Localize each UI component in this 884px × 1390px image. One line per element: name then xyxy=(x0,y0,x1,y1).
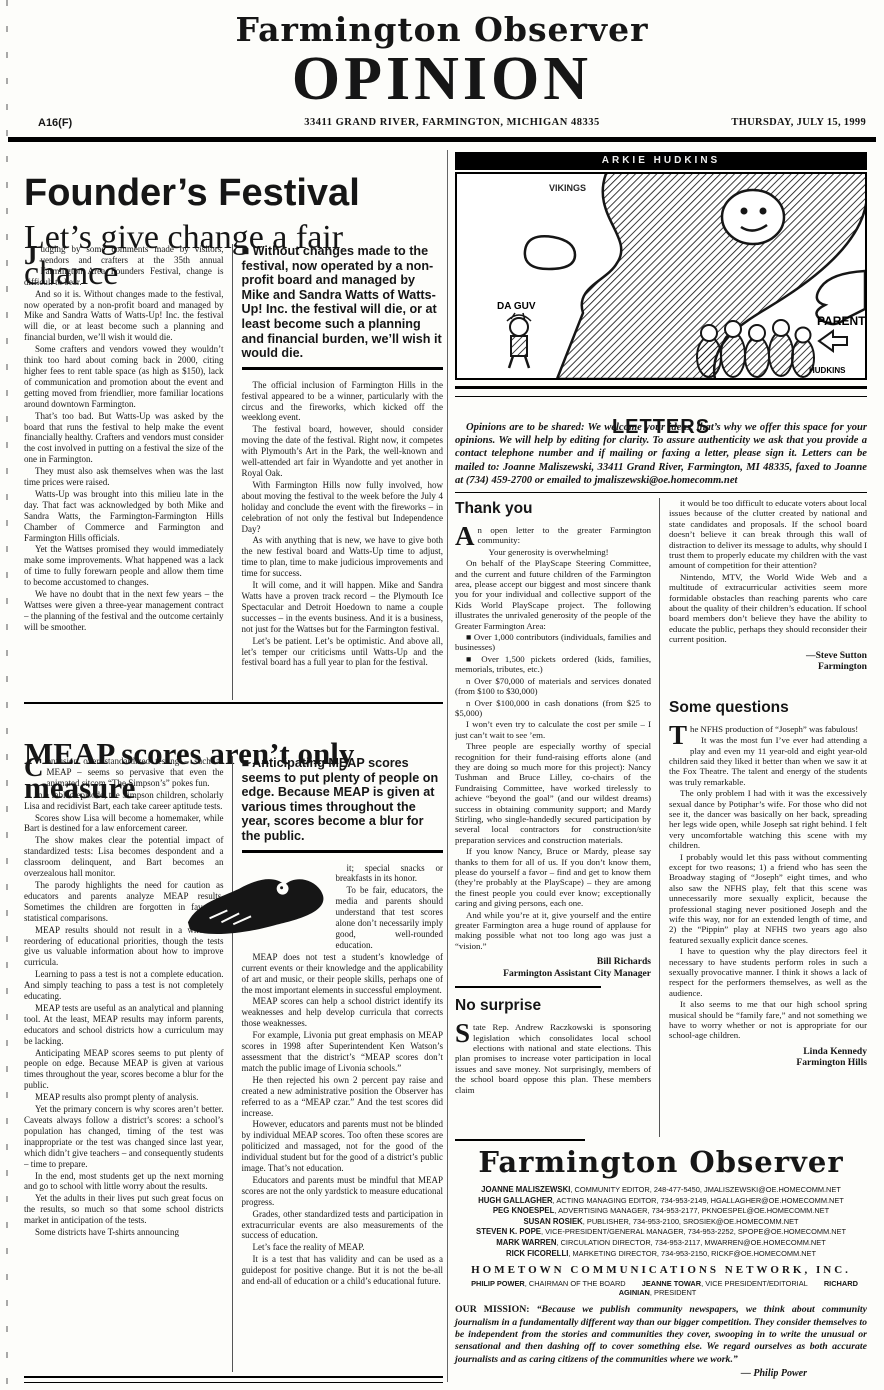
cartoon-credit-banner: Arkie Hudkins xyxy=(455,152,867,170)
page-bottom-rule xyxy=(24,1376,443,1383)
paragraph: Learning to pass a test is not a complet… xyxy=(24,969,224,1002)
staff-line: STEVEN K. POPE, VICE-PRESIDENT/GENERAL M… xyxy=(455,1227,867,1238)
paragraph: In the end, most students get up the nex… xyxy=(24,1171,224,1193)
paragraph: In a fabled episode, the Simpson childre… xyxy=(24,790,224,812)
letter-thank-you-body: An open letter to the greater Farmington… xyxy=(455,525,651,951)
cartoon-left-hand xyxy=(525,236,575,269)
paragraph: Anticipating MEAP scores seems to put pl… xyxy=(24,1048,224,1092)
letter-some-questions-title: Some questions xyxy=(669,699,867,717)
staff-line: RICK FICORELLI, MARKETING DIRECTOR, 734-… xyxy=(455,1249,867,1260)
letters-intro: Opinions are to be shared: We welcome yo… xyxy=(455,421,867,487)
letters-column-2: it would be too difficult to educate vot… xyxy=(659,498,867,1137)
newspaper-page: Farmington Observer OPINION A16(F) 33411… xyxy=(0,0,884,1390)
info-line: A16(F) 33411 GRAND RIVER, FARMINGTON, MI… xyxy=(36,117,868,133)
mission-signature: — Philip Power xyxy=(455,1368,867,1379)
meap-column-2: ■ Anticipating MEAP scores seems to put … xyxy=(232,756,443,1372)
founders-column-2: ■ Without changes made to the festival, … xyxy=(232,244,443,700)
paragraph: The official inclusion of Farmington Hil… xyxy=(242,380,443,424)
cartoon-parents-label: PARENTS xyxy=(817,314,865,328)
founders-pull-quote: ■ Without changes made to the festival, … xyxy=(242,244,443,361)
paragraph: Let’s be patient. Let’s be optimistic. A… xyxy=(242,636,443,669)
staff-line: JOANNE MALISZEWSKI, COMMUNITY EDITOR, 24… xyxy=(455,1185,867,1196)
paragraph: MEAP scores can help a school district i… xyxy=(242,996,443,1029)
cartoon-guv-label: DA GUV xyxy=(497,301,536,312)
paragraph: Some crafters and vendors vowed they wou… xyxy=(24,344,224,409)
paragraph: It is a test that has validity and can b… xyxy=(242,1254,443,1287)
paragraph: n Over $100,000 in cash donations (from … xyxy=(455,698,651,719)
letter-signature: —Steve Sutton Farmington xyxy=(669,650,867,673)
letters-column-1: Thank you An open letter to the greater … xyxy=(455,498,659,1137)
letters-double-rule xyxy=(455,386,867,397)
paragraph: ■ Over 1,000 contributors (individuals, … xyxy=(455,632,651,653)
footer-masthead: Farmington Observer JOANNE MALISZEWSKI, … xyxy=(455,1145,867,1379)
officers-line: PHILIP POWER, CHAIRMAN OF THE BOARD JEAN… xyxy=(455,1279,867,1297)
date-line: THURSDAY, JULY 15, 1999 xyxy=(731,117,866,128)
paragraph: If you know Nancy, Bruce or Mardy, pleas… xyxy=(455,846,651,908)
staff-line: SUSAN ROSIEK, PUBLISHER, 734-953-2100, S… xyxy=(455,1217,867,1228)
paragraph: Scores show Lisa will become a homemaker… xyxy=(24,813,224,835)
paragraph: Grades, other standardized tests and par… xyxy=(242,1209,443,1242)
founders-column-1: Judging by some comments made by visitor… xyxy=(24,244,232,700)
cartoon-arrow xyxy=(819,331,847,351)
paragraph: On behalf of the PlayScape Steering Comm… xyxy=(455,558,651,631)
paragraph: It will come, and it will happen. Mike a… xyxy=(242,580,443,635)
letter-signature: Bill Richards Farmington Assistant City … xyxy=(455,956,651,979)
officer: PHILIP POWER, CHAIRMAN OF THE BOARD xyxy=(471,1279,626,1288)
mission-label: OUR MISSION: xyxy=(455,1304,530,1315)
paragraph: That’s too bad. But Watts-Up was asked b… xyxy=(24,411,224,466)
editorial-cartoon: DA GUV PARENTS VIKINGS HUDKINS xyxy=(455,172,867,380)
paragraph: He then rejected his own 2 percent pay r… xyxy=(242,1075,443,1119)
founders-column-2-text: The official inclusion of Farmington Hil… xyxy=(242,380,443,669)
paragraph: Judging by some comments made by visitor… xyxy=(24,244,224,288)
footer-nameplate: Farmington Observer xyxy=(455,1145,867,1179)
officer: JEANNE TOWAR, VICE PRESIDENT/EDITORIAL xyxy=(642,1279,808,1288)
paragraph: MEAP tests are useful as an analytical a… xyxy=(24,1003,224,1047)
letters-columns: Thank you An open letter to the greater … xyxy=(455,498,867,1137)
staff-line: PEG KNOESPEL, ADVERTISING MANAGER, 734-9… xyxy=(455,1206,867,1217)
cartoonist-signature: HUDKINS xyxy=(809,366,846,375)
paragraph: Yet the primary concern is why scores ar… xyxy=(24,1104,224,1169)
letters-intro-rule xyxy=(455,492,867,493)
paragraph: State Rep. Andrew Raczkowski is sponsori… xyxy=(455,1022,651,1095)
paragraph: I have to question why the play director… xyxy=(669,946,867,998)
masthead-rule xyxy=(8,137,876,142)
letter-signature: Linda Kennedy Farmington Hills xyxy=(669,1046,867,1069)
paragraph: Educators and parents must be mindful th… xyxy=(242,1175,443,1208)
section-title: OPINION xyxy=(0,44,884,115)
paragraph: The NFHS production of “Joseph” was fabu… xyxy=(669,724,867,734)
paragraph: I probably would let this pass without c… xyxy=(669,852,867,946)
paragraph: They must also ask themselves when was t… xyxy=(24,466,224,488)
paragraph: Your generosity is overwhelming! xyxy=(455,547,651,557)
paragraph: ■ Over 1,500 pickets ordered (kids, fami… xyxy=(455,654,651,675)
paragraph: We have no doubt that in the next few ye… xyxy=(24,589,224,633)
paragraph: The festival board, however, should cons… xyxy=(242,424,443,479)
section-rule xyxy=(24,702,443,704)
paragraph: Yet the Wattses promised they would imme… xyxy=(24,544,224,588)
paragraph: And so it is. Without changes made to th… xyxy=(24,289,224,344)
paragraph: However, educators and parents must not … xyxy=(242,1119,443,1174)
cartoon-parents-crowd xyxy=(697,320,814,377)
footer-rule xyxy=(455,1139,585,1141)
network-name: HOMETOWN COMMUNICATIONS NETWORK, INC. xyxy=(455,1264,867,1276)
paragraph: As with anything that is new, we have to… xyxy=(242,535,443,579)
paragraph: For example, Livonia put great emphasis … xyxy=(242,1030,443,1074)
pull-quote-rule xyxy=(242,367,443,370)
column-divider xyxy=(447,150,448,1382)
meap-column-2-text: it; special snacks or breakfasts in its … xyxy=(242,863,443,1287)
paragraph: MEAP results also prompt plenty of analy… xyxy=(24,1092,224,1103)
letter-no-surprise-title: No surprise xyxy=(455,997,651,1015)
paragraph: Watts-Up was brought into this milieu la… xyxy=(24,489,224,544)
letter-separator-rule xyxy=(455,986,601,988)
paragraph: It was the most fun I’ve ever had attend… xyxy=(669,735,867,787)
staff-line: HUGH GALLAGHER, ACTING MANAGING EDITOR, … xyxy=(455,1196,867,1207)
pull-quote-rule xyxy=(242,850,443,853)
founders-article: Judging by some comments made by visitor… xyxy=(24,244,443,700)
paragraph: An open letter to the greater Farmington… xyxy=(455,525,651,546)
staff-line: MARK WARREN, CIRCULATION DIRECTOR, 734-9… xyxy=(455,1238,867,1249)
paragraph: Three people are especially worthy of sp… xyxy=(455,741,651,845)
paragraph: Confusion over standardized testing – su… xyxy=(24,756,224,789)
founders-kicker: Founder’s Festival xyxy=(24,174,443,212)
paragraph: I won’t even try to calculate the cost p… xyxy=(455,719,651,740)
paragraph: Nintendo, MTV, the World Wide Web and a … xyxy=(669,572,867,645)
paragraph: It also seems to me that our high school… xyxy=(669,999,867,1041)
paragraph: The only problem I had with it was the e… xyxy=(669,788,867,850)
page-label: A16(F) xyxy=(38,117,72,129)
paragraph: MEAP does not test a student’s knowledge… xyxy=(242,952,443,996)
letter-continuation-body: it would be too difficult to educate vot… xyxy=(669,498,867,645)
staff-list: JOANNE MALISZEWSKI, COMMUNITY EDITOR, 24… xyxy=(455,1185,867,1259)
cartoon-figure-head xyxy=(722,190,784,244)
paragraph: n Over $70,000 of materials and services… xyxy=(455,676,651,697)
paragraph: Let’s face the reality of MEAP. xyxy=(242,1242,443,1253)
paragraph: With Farmington Hills now fully involved… xyxy=(242,480,443,535)
paragraph: Yet the adults in their lives put such g… xyxy=(24,1193,224,1226)
letter-thank-you-title: Thank you xyxy=(455,500,651,518)
paragraph: Some districts have T-shirts announcing xyxy=(24,1227,224,1238)
letter-some-questions-body: The NFHS production of “Joseph” was fabu… xyxy=(669,724,867,1041)
meap-article: Confusion over standardized testing – su… xyxy=(24,756,443,1372)
sneaker-illustration xyxy=(180,867,328,945)
meap-pull-quote: ■ Anticipating MEAP scores seems to put … xyxy=(242,756,443,844)
paragraph: it would be too difficult to educate vot… xyxy=(669,498,867,571)
letters-intro-lead: Opinions are to be shared: xyxy=(466,422,584,433)
letter-no-surprise-body: State Rep. Andrew Raczkowski is sponsori… xyxy=(455,1022,651,1095)
cartoon-corner-label: VIKINGS xyxy=(549,183,586,193)
mission-statement: OUR MISSION: “Because we publish communi… xyxy=(455,1304,867,1366)
paragraph: And while you’re at it, give yourself an… xyxy=(455,910,651,952)
meap-column-1: Confusion over standardized testing – su… xyxy=(24,756,232,1372)
cartoon-guv-figure xyxy=(507,313,531,368)
